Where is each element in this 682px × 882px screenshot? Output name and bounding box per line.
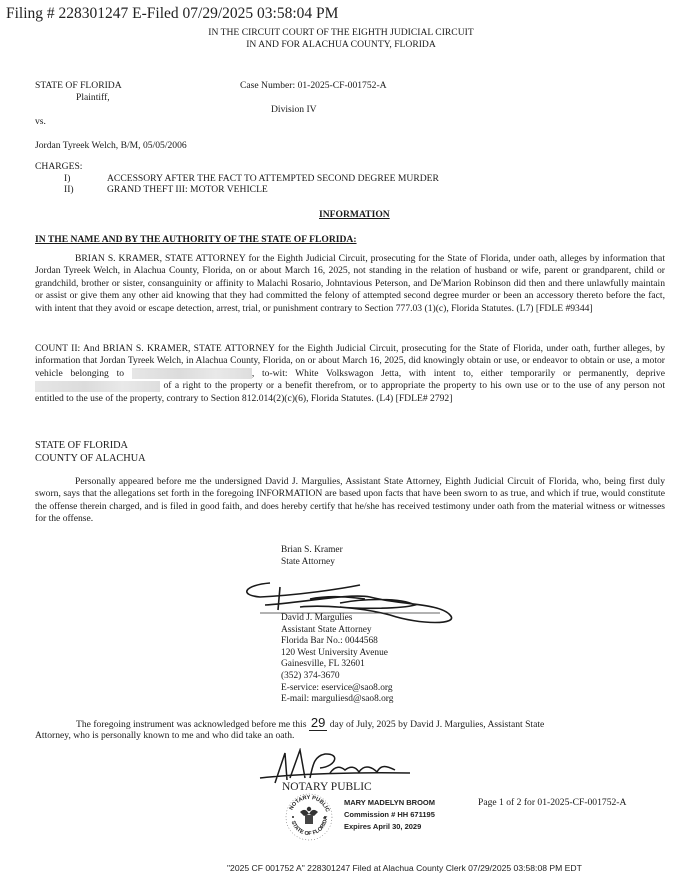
notary-stamp-text: MARY MADELYN BROOM Commission # HH 67119… <box>344 797 435 833</box>
oath-paragraph: Personally appeared before me the unders… <box>35 476 665 526</box>
state-attorney-name: Brian S. Kramer <box>281 545 343 557</box>
notary-commission: Commission # HH 671195 <box>344 809 435 821</box>
page-number: Page 1 of 2 for 01-2025-CF-001752-A <box>478 797 626 808</box>
charge-1-number: I) <box>64 173 70 184</box>
ack-text-after: day of July, 2025 by David J. Margulies,… <box>330 719 545 730</box>
eservice-email: E-service: eservice@sao8.org <box>281 683 393 695</box>
court-heading-line2: IN AND FOR ALACHUA COUNTY, FLORIDA <box>0 39 682 50</box>
information-title: INFORMATION <box>319 209 390 220</box>
charge-2-text: GRAND THEFT III: MOTOR VEHICLE <box>107 184 268 195</box>
redacted-owner-name <box>132 368 252 379</box>
signer-title: Assistant State Attorney <box>281 625 393 637</box>
notary-seal-icon: NOTARY PUBLIC STATE OF FLORIDA <box>284 792 334 842</box>
authority-heading: IN THE NAME AND BY THE AUTHORITY OF THE … <box>35 234 357 245</box>
acknowledgment-line2: Attorney, who is personally known to me … <box>35 730 294 741</box>
bar-number: Florida Bar No.: 0044568 <box>281 636 393 648</box>
address-line1: 120 West University Avenue <box>281 648 393 660</box>
count-2-text-part2: , to-wit: White Volkswagon Jetta, with i… <box>252 368 665 379</box>
phone: (352) 374-3670 <box>281 671 393 683</box>
redacted-victim-name <box>35 381 160 392</box>
case-number-value: 01-2025-CF-001752-A <box>298 80 387 91</box>
state-attorney-block: Brian S. Kramer State Attorney <box>281 545 343 568</box>
count-1-paragraph: BRIAN S. KRAMER, STATE ATTORNEY for the … <box>35 253 665 315</box>
filing-stamp: Filing # 228301247 E-Filed 07/29/2025 03… <box>6 5 338 23</box>
oath-state: STATE OF FLORIDA <box>35 440 128 451</box>
division: Division IV <box>271 104 317 115</box>
notary-expiration: Expires April 30, 2029 <box>344 821 435 833</box>
charges-label: CHARGES: <box>35 161 82 172</box>
versus: vs. <box>35 116 46 127</box>
acknowledgment-line1: The foregoing instrument was acknowledge… <box>76 717 544 730</box>
ack-day: 29 <box>309 715 327 731</box>
oath-county: COUNTY OF ALACHUA <box>35 453 146 464</box>
ack-text-before: The foregoing instrument was acknowledge… <box>76 719 306 730</box>
count-2-paragraph: COUNT II: And BRIAN S. KRAMER, STATE ATT… <box>35 343 665 405</box>
case-number-label: Case Number: <box>240 80 295 91</box>
court-heading-line1: IN THE CIRCUIT COURT OF THE EIGHTH JUDIC… <box>0 27 682 38</box>
case-number: Case Number: 01-2025-CF-001752-A <box>240 80 387 91</box>
notary-name: MARY MADELYN BROOM <box>344 797 435 809</box>
plaintiff-name: STATE OF FLORIDA <box>35 80 122 91</box>
charge-2-number: II) <box>64 184 74 195</box>
signer-block: David J. Margulies Assistant State Attor… <box>281 613 393 706</box>
plaintiff-role: Plaintiff, <box>76 92 110 103</box>
contact-email: E-mail: marguliesd@sao8.org <box>281 694 393 706</box>
signer-name: David J. Margulies <box>281 613 393 625</box>
address-line2: Gainesville, FL 32601 <box>281 659 393 671</box>
defendant: Jordan Tyreek Welch, B/M, 05/05/2006 <box>35 140 187 151</box>
clerk-filing-footer: "2025 CF 001752 A" 228301247 Filed at Al… <box>227 863 582 873</box>
state-attorney-title: State Attorney <box>281 557 343 569</box>
charge-1-text: ACCESSORY AFTER THE FACT TO ATTEMPTED SE… <box>107 173 439 184</box>
